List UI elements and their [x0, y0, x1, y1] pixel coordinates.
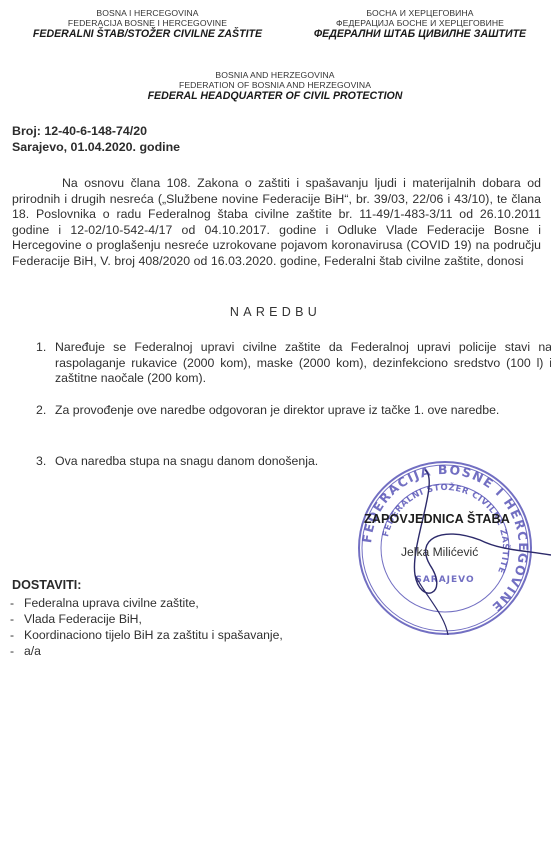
order-item-text: Naređuje se Federalnoj upravi civilne za…	[55, 340, 551, 387]
header-right-institution: ФЕДЕРАЛНИ ШТАБ ЦИВИЛНЕ ЗАШТИТЕ	[295, 28, 545, 40]
header-left-country: BOSNA I HERCEGOVINA	[20, 8, 275, 18]
header-right-federation: ФЕДЕРАЦИЈА БОСНЕ И ХЕРЦЕГОВИНЕ	[295, 18, 545, 28]
distribution-item: -a/a	[10, 644, 41, 660]
distribution-item: -Koordinaciono tijelo BiH za zaštitu i s…	[10, 628, 283, 644]
header-right: БОСНА И ХЕРЦЕГОВИНА ФЕДЕРАЦИЈА БОСНЕ И Х…	[295, 0, 545, 40]
distribution-item: -Federalna uprava civilne zaštite,	[10, 596, 199, 612]
order-item: 2. Za provođenje ove naredbe odgovoran j…	[36, 403, 551, 419]
header-left: BOSNA I HERCEGOVINA FEDERACIJA BOSNE I H…	[20, 0, 275, 40]
header-left-institution: FEDERALNI ŠTAB/STOŽER CIVILNE ZAŠTITE	[20, 28, 275, 40]
dash-bullet-icon: -	[10, 596, 24, 612]
reference-date: Sarajevo, 01.04.2020. godine	[12, 140, 180, 154]
order-item-number: 1.	[36, 340, 46, 356]
header-left-federation: FEDERACIJA BOSNE I HERCEGOVINE	[20, 18, 275, 28]
order-item-number: 3.	[36, 454, 46, 470]
header-english-institution: FEDERAL HEADQUARTER OF CIVIL PROTECTION	[95, 90, 455, 102]
distribution-item: -Vlada Federacije BiH,	[10, 612, 142, 628]
header-right-country: БОСНА И ХЕРЦЕГОВИНА	[295, 8, 545, 18]
document-title: NAREDBU	[0, 305, 551, 319]
order-item-text: Za provođenje ove naredbe odgovoran je d…	[55, 403, 551, 419]
dash-bullet-icon: -	[10, 612, 24, 628]
signatory-title: ZAPOVJEDNICA ŠTABA	[364, 512, 510, 526]
intro-paragraph: Na osnovu člana 108. Zakona o zaštiti i …	[12, 176, 541, 270]
header-english-federation: FEDERATION OF BOSNIA AND HERZEGOVINA	[95, 80, 455, 90]
order-item: 1. Naređuje se Federalnoj upravi civilne…	[36, 340, 551, 387]
dash-bullet-icon: -	[10, 644, 24, 660]
order-item-number: 2.	[36, 403, 46, 419]
reference-number: Broj: 12-40-6-148-74/20	[12, 124, 147, 138]
header-english-country: BOSNIA AND HERZEGOVINA	[95, 70, 455, 80]
dash-bullet-icon: -	[10, 628, 24, 644]
signatory-name: Jelka Milićević	[401, 545, 478, 559]
distribution-title: DOSTAVITI:	[12, 578, 82, 592]
header-english: BOSNIA AND HERZEGOVINA FEDERATION OF BOS…	[95, 70, 455, 102]
